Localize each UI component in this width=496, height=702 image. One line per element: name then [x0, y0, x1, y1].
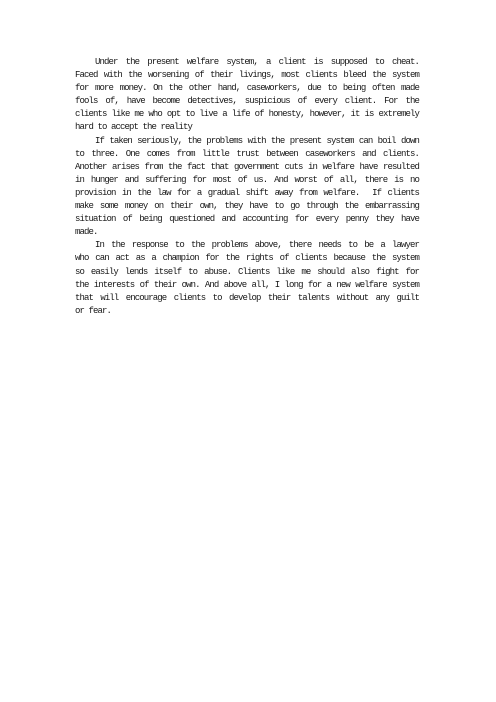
text-line: make some money on their own, they have …: [75, 200, 419, 213]
text-line: In the response to the problems above, t…: [75, 239, 419, 252]
text-line: situation of being questioned and accoun…: [75, 213, 419, 226]
paragraph: Under the present welfare system, a clie…: [75, 56, 419, 135]
text-line: Another arises from the fact that govern…: [75, 161, 419, 174]
text-line: or fear.: [75, 305, 419, 318]
text-line: made.: [75, 226, 419, 239]
text-line: fools of, have become detectives, suspic…: [75, 95, 419, 108]
text-line: that will encourage clients to develop t…: [75, 292, 419, 305]
text-line: Under the present welfare system, a clie…: [75, 56, 419, 69]
text-line: provision in the law for a gradual shift…: [75, 187, 419, 200]
text-line: hard to accept the reality: [75, 121, 419, 134]
text-line: so easily lends itself to abuse. Clients…: [75, 266, 419, 279]
text-line: If taken seriously, the problems with th…: [75, 135, 419, 148]
document-page: Under the present welfare system, a clie…: [0, 0, 496, 702]
paragraph: If taken seriously, the problems with th…: [75, 135, 419, 240]
paragraph: In the response to the problems above, t…: [75, 239, 419, 318]
text-block: Under the present welfare system, a clie…: [75, 56, 419, 318]
text-line: the interests of their own. And above al…: [75, 279, 419, 292]
text-line: in hunger and suffering for most of us. …: [75, 174, 419, 187]
text-line: to three. One comes from little trust be…: [75, 148, 419, 161]
text-line: Faced with the worsening of their living…: [75, 69, 419, 82]
text-line: who can act as a champion for the rights…: [75, 252, 419, 265]
text-line: clients like me who opt to live a life o…: [75, 108, 419, 121]
text-line: for more money. On the other hand, casew…: [75, 82, 419, 95]
